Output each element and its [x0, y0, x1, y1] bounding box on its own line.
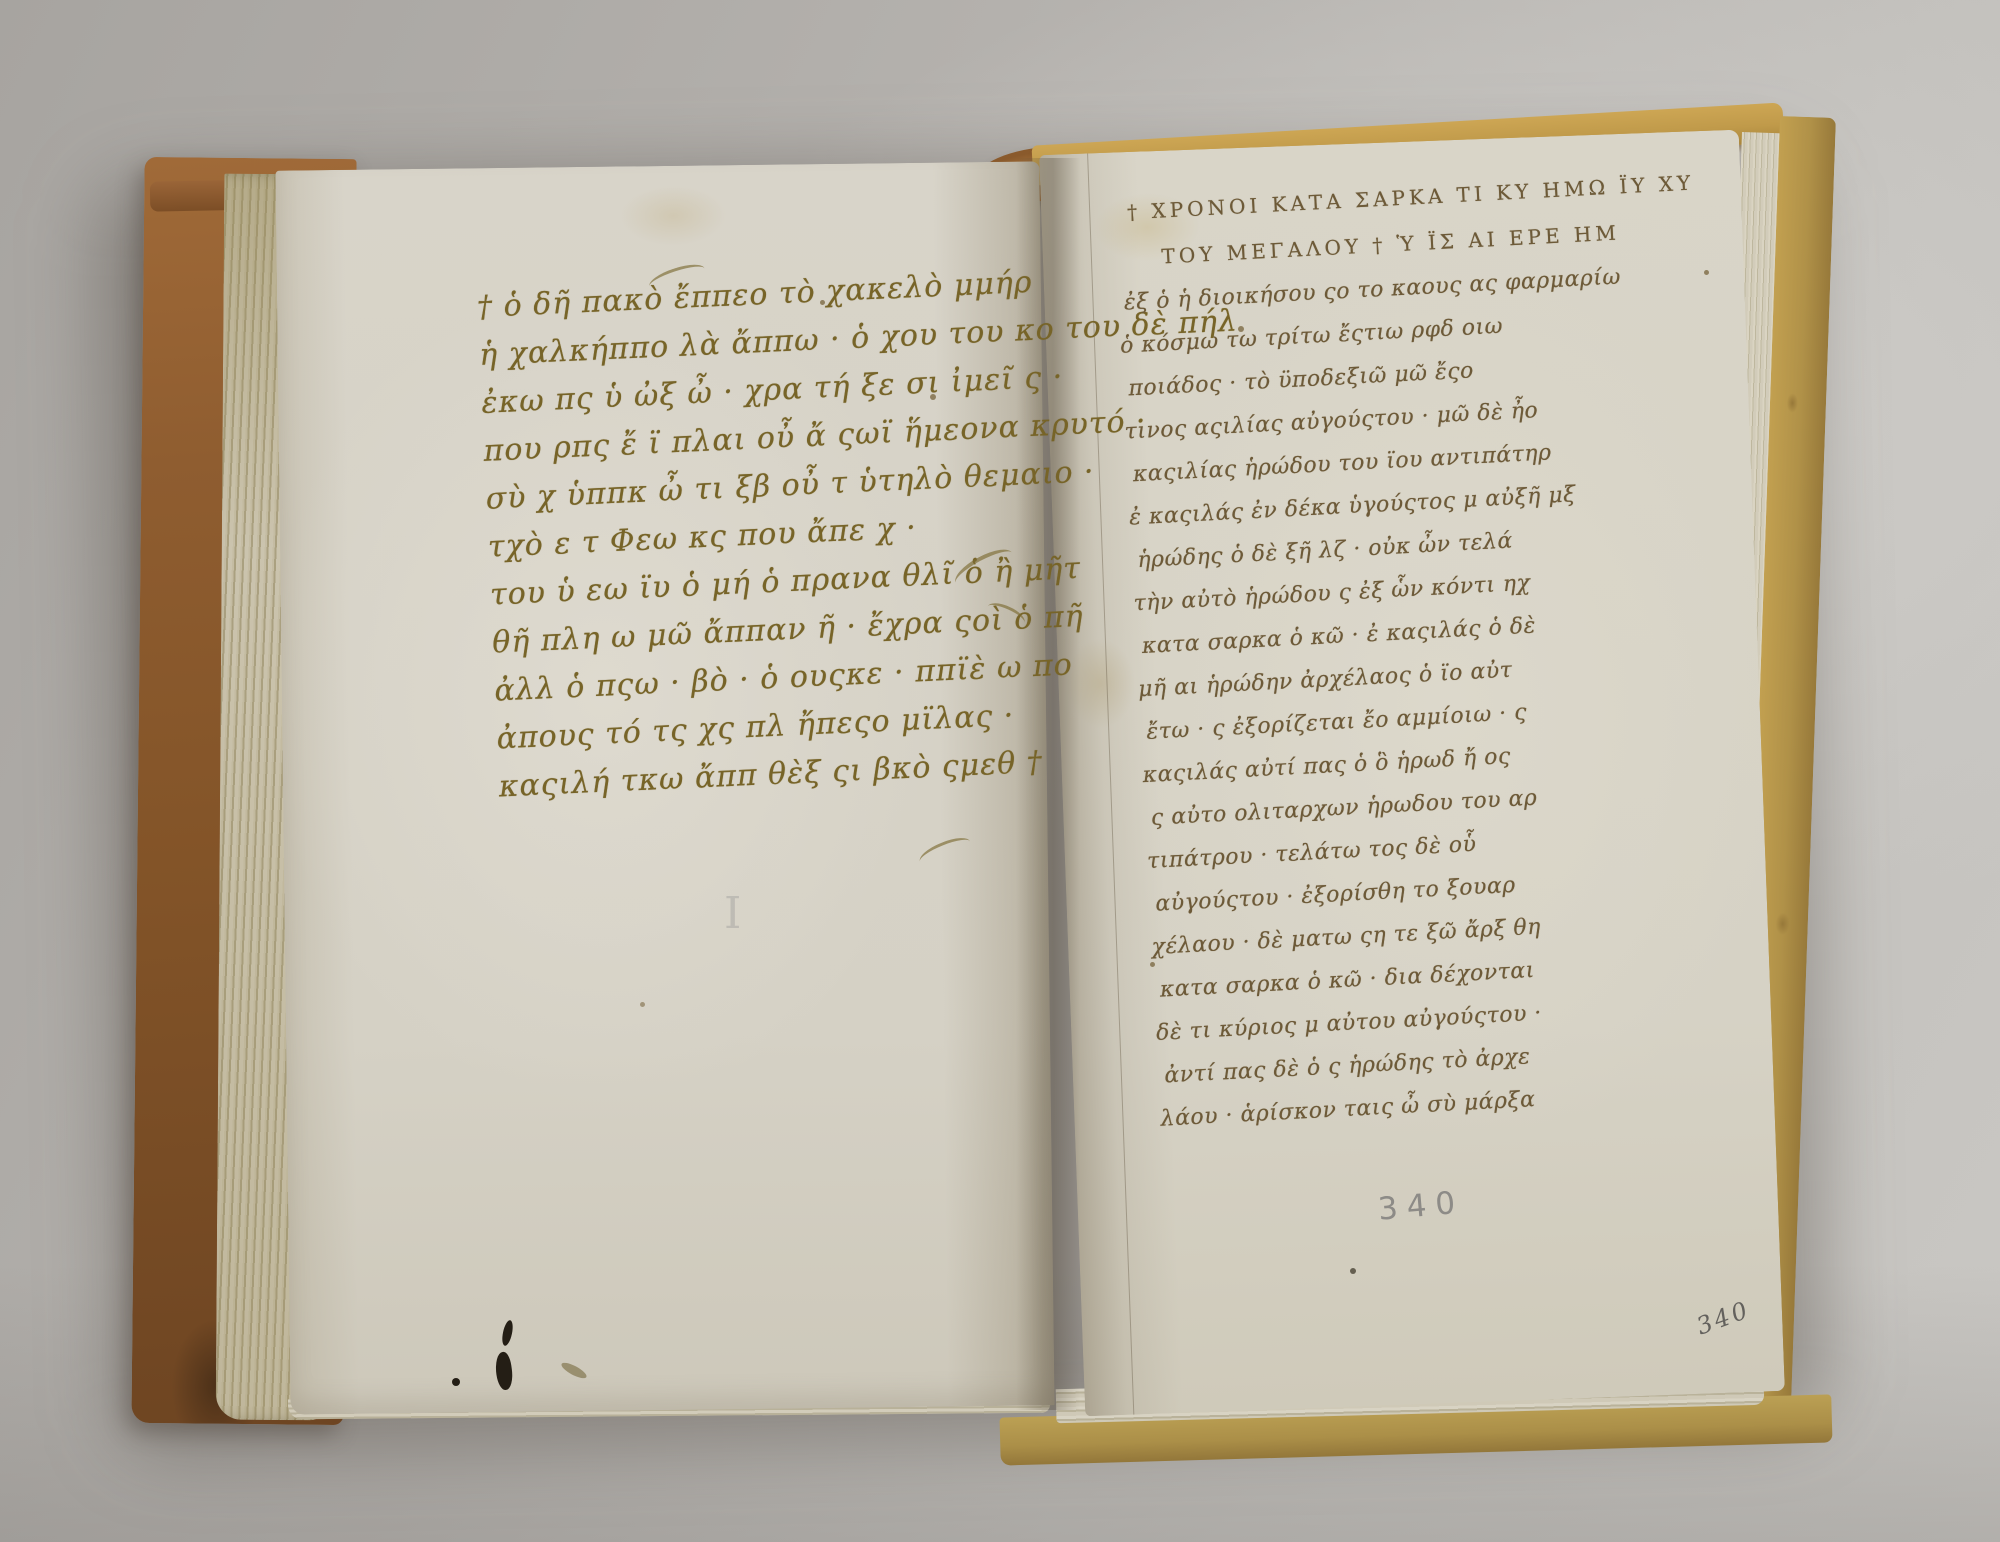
right-text-block: † χρονοι κατα σαρκα τι κυ ημω ϊυ χυ του … [1112, 157, 1786, 1140]
photograph-background: { "manuscript": { "left_page": { "lines"… [0, 0, 2000, 1542]
ink-blot [452, 1378, 460, 1386]
ink-speck [820, 300, 825, 305]
ink-speck [1704, 270, 1709, 275]
ink-speck [1238, 326, 1244, 332]
ink-speck [640, 1002, 645, 1007]
ink-showthrough-mark: I [724, 888, 741, 939]
ink-speck [1350, 1268, 1356, 1274]
ink-speck [1150, 962, 1155, 967]
left-text-block: † ὁ δῆ πακὸ ἔππεο τὸ χακελὸ μμήρ ἡ χαλκή… [476, 258, 1074, 812]
pencil-page-number: 340 [1377, 1184, 1466, 1227]
ink-speck [930, 394, 936, 400]
